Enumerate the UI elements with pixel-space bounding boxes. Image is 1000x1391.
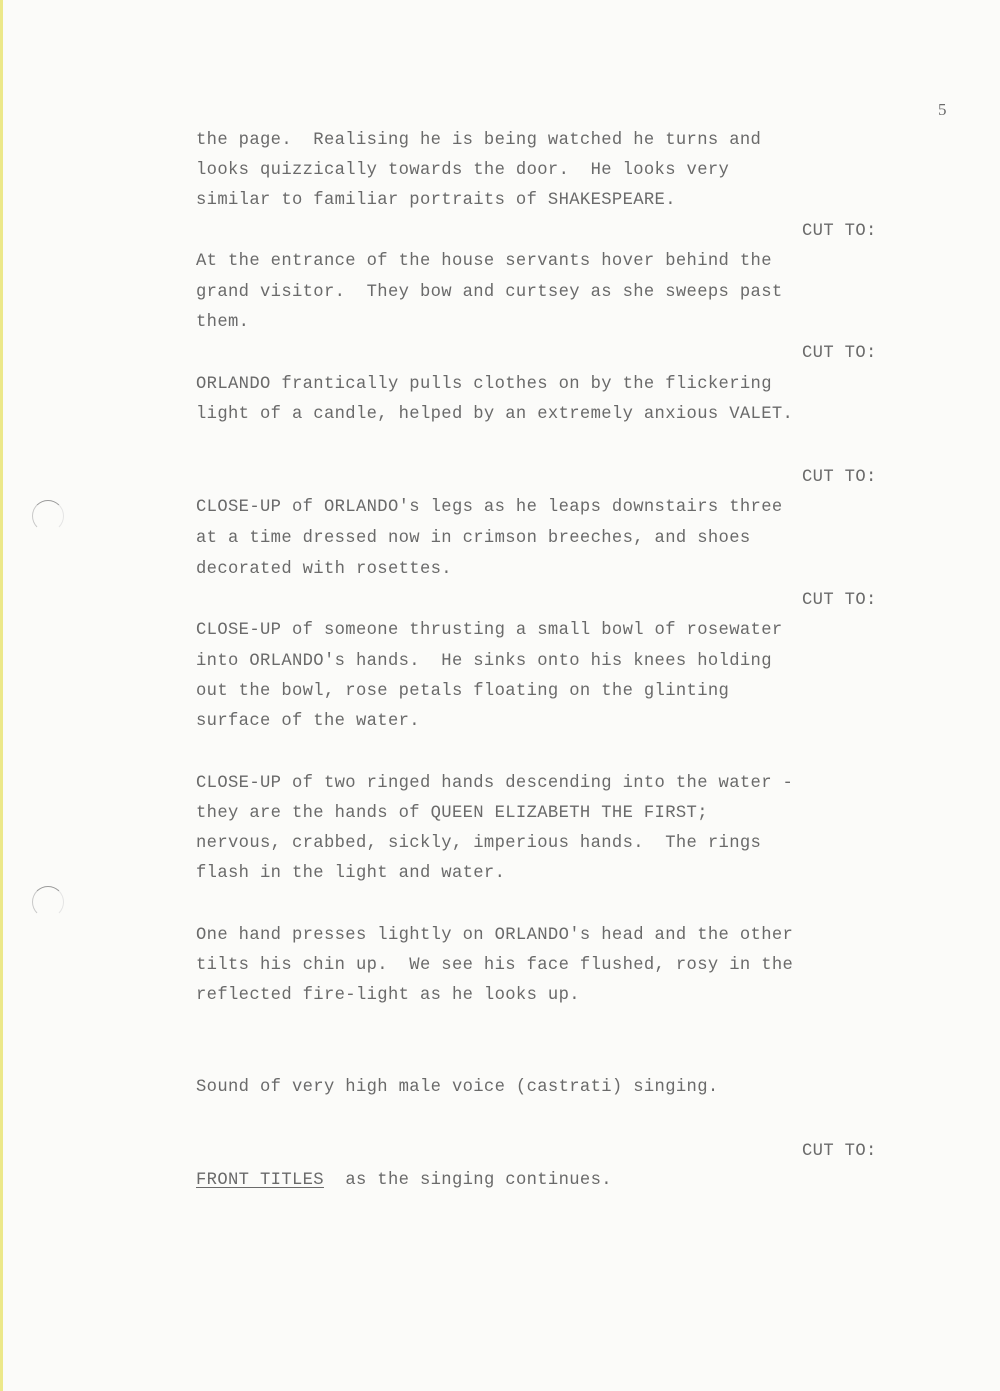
script-line: decorated with rosettes.	[196, 560, 452, 579]
front-titles-heading: FRONT TITLES	[196, 1171, 324, 1190]
transition-cut-to: CUT TO:	[802, 344, 877, 363]
script-line: surface of the water.	[196, 712, 420, 731]
script-line: light of a candle, helped by an extremel…	[196, 405, 793, 424]
transition-cut-to: CUT TO:	[802, 468, 877, 487]
page-number: 5	[938, 100, 947, 120]
script-line: the page. Realising he is being watched …	[196, 131, 761, 150]
punch-hole	[32, 886, 64, 918]
script-line: flash in the light and water.	[196, 864, 505, 883]
script-line: looks quizzically towards the door. He l…	[196, 161, 729, 180]
script-line: tilts his chin up. We see his face flush…	[196, 956, 793, 975]
script-line: Sound of very high male voice (castrati)…	[196, 1078, 719, 1097]
script-line: they are the hands of QUEEN ELIZABETH TH…	[196, 804, 708, 823]
script-line: them.	[196, 313, 249, 332]
script-line: At the entrance of the house servants ho…	[196, 252, 772, 271]
script-line: grand visitor. They bow and curtsey as s…	[196, 283, 783, 302]
final-line: FRONT TITLES as the singing continues.	[196, 1171, 612, 1190]
script-line: nervous, crabbed, sickly, imperious hand…	[196, 834, 761, 853]
script-line: out the bowl, rose petals floating on th…	[196, 682, 729, 701]
script-line: ORLANDO frantically pulls clothes on by …	[196, 375, 772, 394]
script-line: similar to familiar portraits of SHAKESP…	[196, 191, 676, 210]
transition-cut-to: CUT TO:	[802, 222, 877, 241]
script-line: One hand presses lightly on ORLANDO's he…	[196, 926, 793, 945]
transition-cut-to: CUT TO:	[802, 591, 877, 610]
script-line: at a time dressed now in crimson breeche…	[196, 529, 751, 548]
punch-hole	[32, 500, 64, 532]
script-line: CLOSE-UP of someone thrusting a small bo…	[196, 621, 783, 640]
script-line: CLOSE-UP of two ringed hands descending …	[196, 774, 793, 793]
transition-cut-to: CUT TO:	[802, 1142, 877, 1161]
final-line-text: as the singing continues.	[324, 1171, 612, 1190]
script-line: CLOSE-UP of ORLANDO's legs as he leaps d…	[196, 498, 783, 517]
script-line: reflected fire-light as he looks up.	[196, 986, 580, 1005]
paper-edge	[0, 0, 3, 1391]
script-line: into ORLANDO's hands. He sinks onto his …	[196, 652, 772, 671]
